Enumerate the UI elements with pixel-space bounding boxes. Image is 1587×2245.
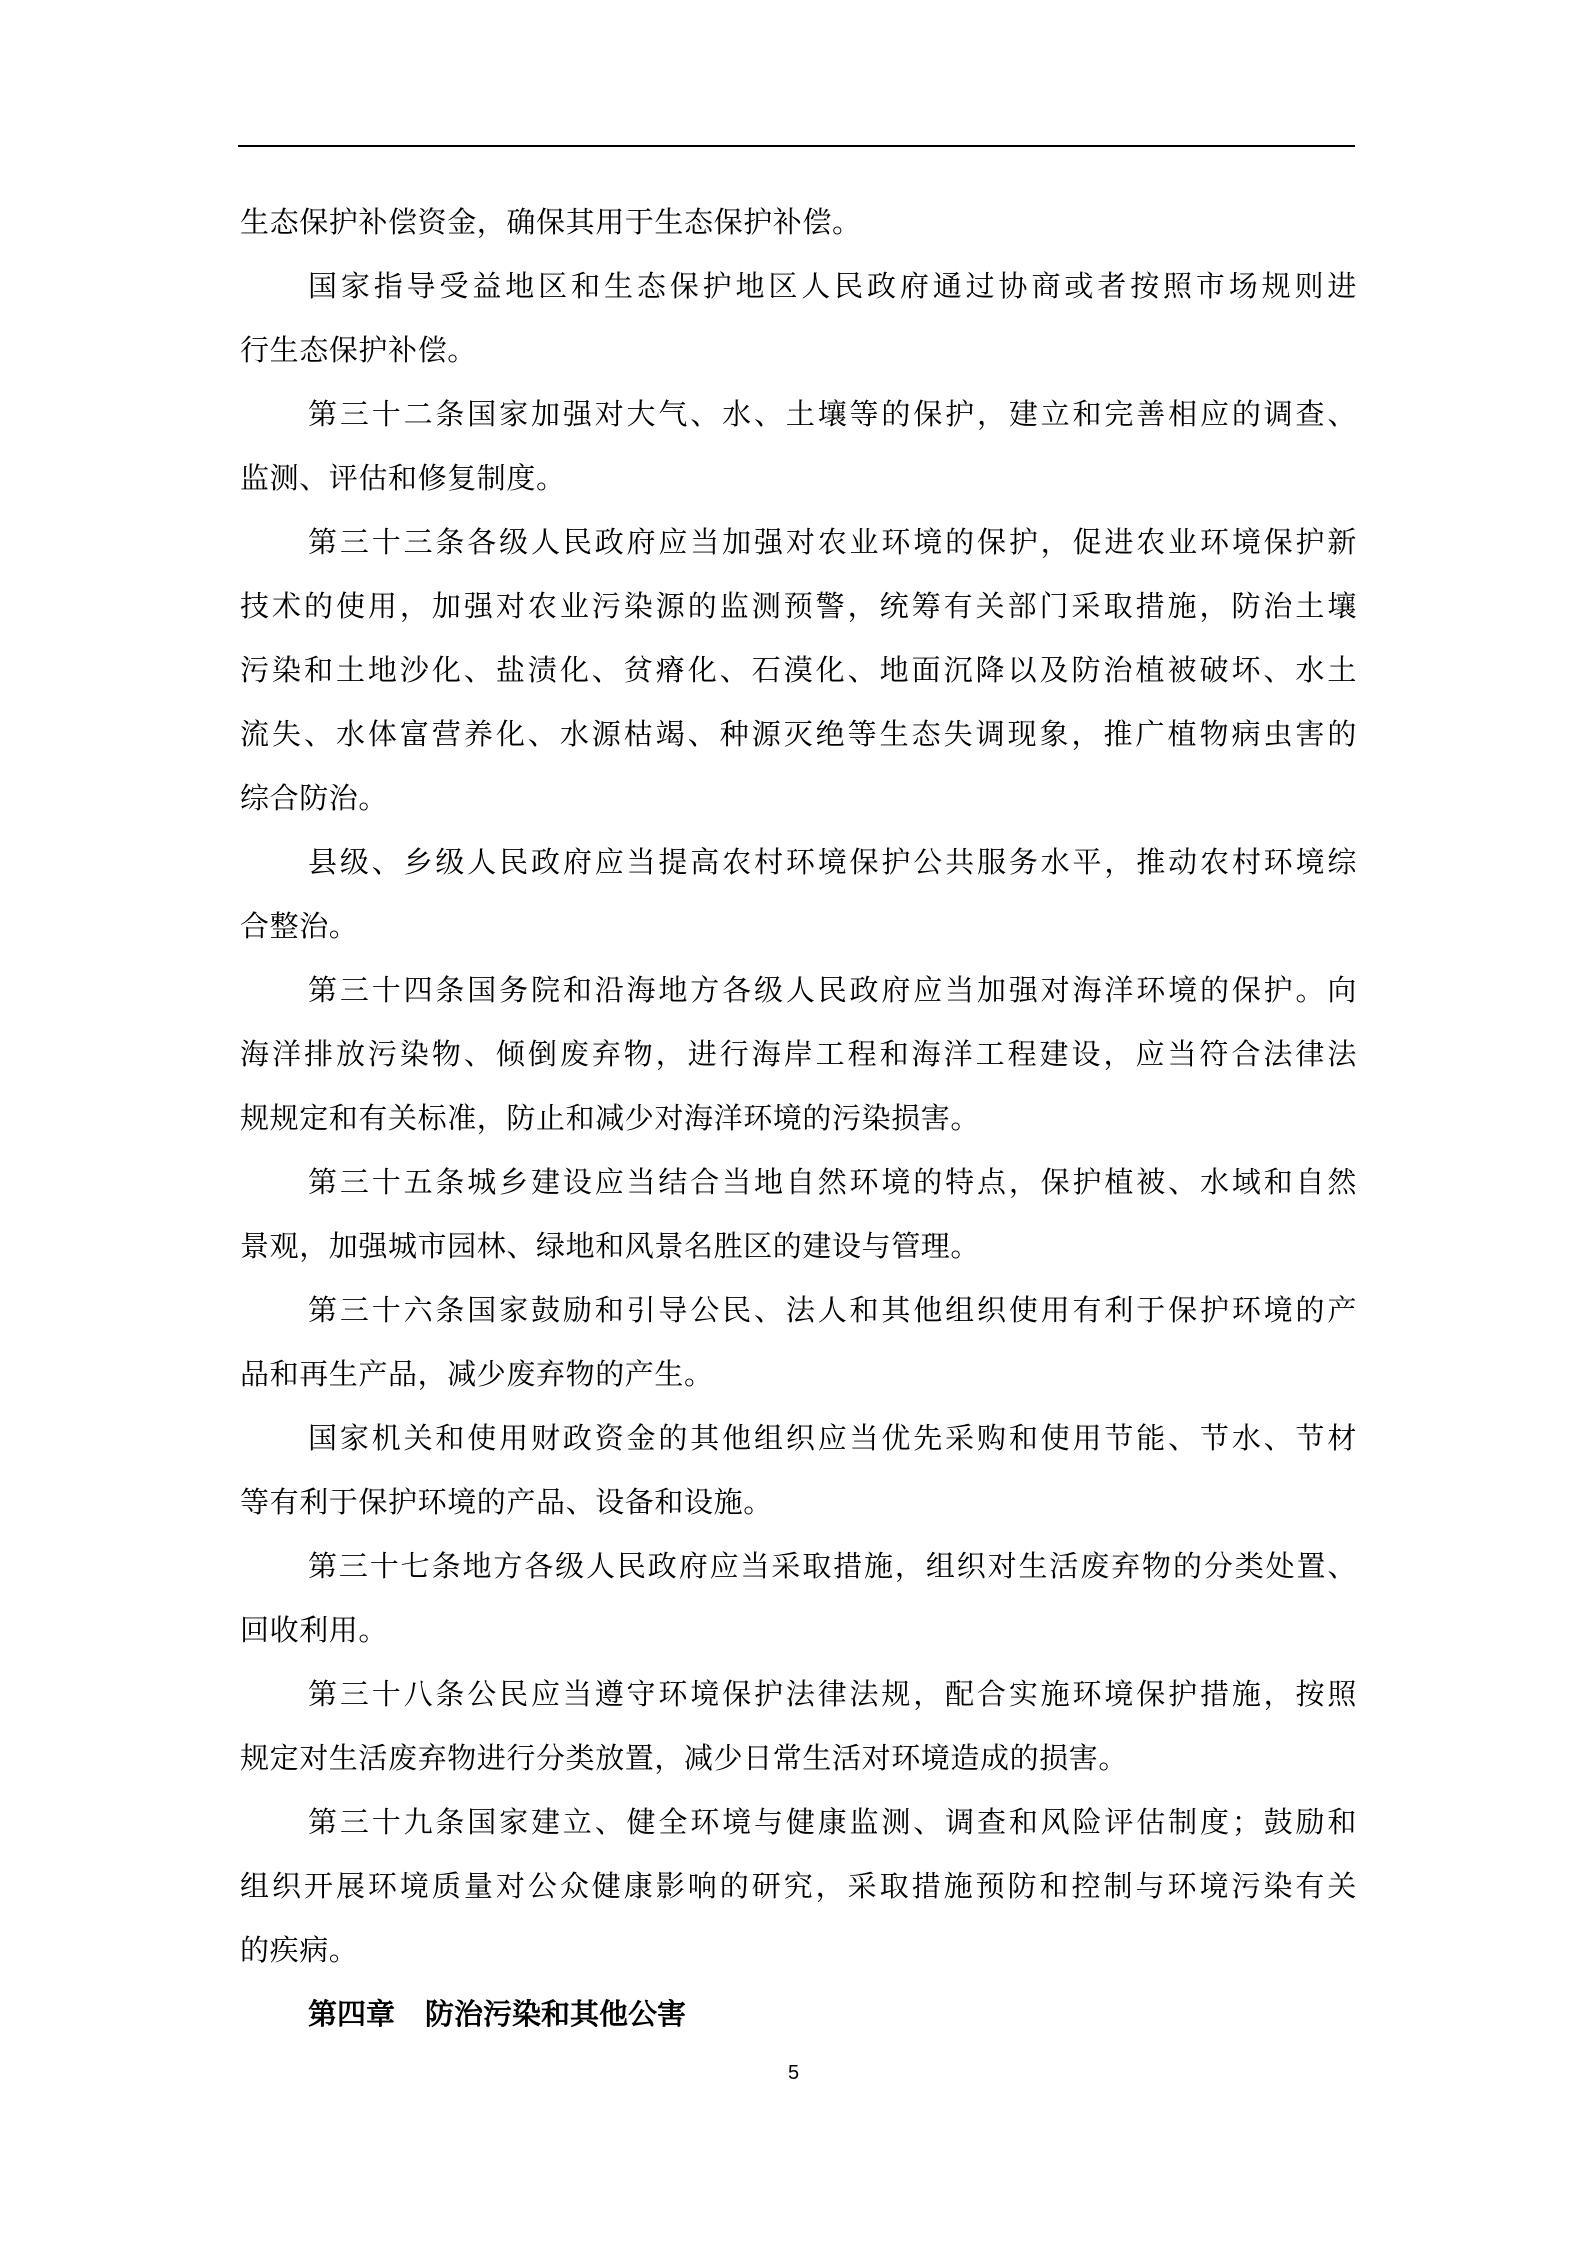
text-line: 规定对生活废弃物进行分类放置，减少日常生活对环境造成的损害。: [240, 1726, 1357, 1790]
text-line: 的疾病。: [240, 1918, 1357, 1982]
text-line: 第三十二条国家加强对大气、水、土壤等的保护，建立和完善相应的调查、: [240, 382, 1357, 446]
text-line: 监测、评估和修复制度。: [240, 446, 1357, 510]
article-32: 第三十二条国家加强对大气、水、土壤等的保护，建立和完善相应的调查、 监测、评估和…: [240, 382, 1357, 510]
text-line: 第三十三条各级人民政府应当加强对农业环境的保护，促进农业环境保护新: [240, 510, 1357, 574]
chapter-heading: 第四章防治污染和其他公害: [240, 1982, 1357, 2046]
paragraph: 县级、乡级人民政府应当提高农村环境保护公共服务水平，推动农村环境综 合整治。: [240, 830, 1357, 958]
text-line: 第三十八条公民应当遵守环境保护法律法规，配合实施环境保护措施，按照: [240, 1662, 1357, 1726]
article-33: 第三十三条各级人民政府应当加强对农业环境的保护，促进农业环境保护新 技术的使用，…: [240, 510, 1357, 830]
article-37: 第三十七条地方各级人民政府应当采取措施，组织对生活废弃物的分类处置、 回收利用。: [240, 1534, 1357, 1662]
text-line: 第三十五条城乡建设应当结合当地自然环境的特点，保护植被、水域和自然: [240, 1150, 1357, 1214]
paragraph: 国家机关和使用财政资金的其他组织应当优先采购和使用节能、节水、节材 等有利于保护…: [240, 1406, 1357, 1534]
text-line: 第三十四条国务院和沿海地方各级人民政府应当加强对海洋环境的保护。向: [240, 958, 1357, 1022]
paragraph-continuation: 生态保护补偿资金，确保其用于生态保护补偿。: [240, 190, 1357, 254]
header-rule: [238, 145, 1355, 147]
document-body: 生态保护补偿资金，确保其用于生态保护补偿。 国家指导受益地区和生态保护地区人民政…: [240, 190, 1357, 2046]
text-line: 品和再生产品，减少废弃物的产生。: [240, 1342, 1357, 1406]
article-36: 第三十六条国家鼓励和引导公民、法人和其他组织使用有利于保护环境的产 品和再生产品…: [240, 1278, 1357, 1406]
text-line: 回收利用。: [240, 1598, 1357, 1662]
page-number: 5: [0, 2062, 1587, 2085]
text-line: 组织开展环境质量对公众健康影响的研究，采取措施预防和控制与环境污染有关: [240, 1854, 1357, 1918]
text-line: 县级、乡级人民政府应当提高农村环境保护公共服务水平，推动农村环境综: [240, 830, 1357, 894]
text-line: 综合防治。: [240, 766, 1357, 830]
text-line: 第三十七条地方各级人民政府应当采取措施，组织对生活废弃物的分类处置、: [240, 1534, 1357, 1598]
text-line: 合整治。: [240, 894, 1357, 958]
text-line: 行生态保护补偿。: [240, 318, 1357, 382]
text-line: 污染和土地沙化、盐渍化、贫瘠化、石漠化、地面沉降以及防治植被破坏、水土: [240, 638, 1357, 702]
article-38: 第三十八条公民应当遵守环境保护法律法规，配合实施环境保护措施，按照 规定对生活废…: [240, 1662, 1357, 1790]
chapter-number: 第四章: [308, 1997, 395, 2031]
text-line: 景观，加强城市园林、绿地和风景名胜区的建设与管理。: [240, 1214, 1357, 1278]
article-35: 第三十五条城乡建设应当结合当地自然环境的特点，保护植被、水域和自然 景观，加强城…: [240, 1150, 1357, 1278]
text-line: 技术的使用，加强对农业污染源的监测预警，统筹有关部门采取措施，防治土壤: [240, 574, 1357, 638]
text-line: 第三十六条国家鼓励和引导公民、法人和其他组织使用有利于保护环境的产: [240, 1278, 1357, 1342]
article-39: 第三十九条国家建立、健全环境与健康监测、调查和风险评估制度；鼓励和 组织开展环境…: [240, 1790, 1357, 1982]
text-line: 规规定和有关标准，防止和减少对海洋环境的污染损害。: [240, 1086, 1357, 1150]
text-line: 海洋排放污染物、倾倒废弃物，进行海岸工程和海洋工程建设，应当符合法律法: [240, 1022, 1357, 1086]
article-34: 第三十四条国务院和沿海地方各级人民政府应当加强对海洋环境的保护。向 海洋排放污染…: [240, 958, 1357, 1150]
text-line: 第三十九条国家建立、健全环境与健康监测、调查和风险评估制度；鼓励和: [240, 1790, 1357, 1854]
text-line: 生态保护补偿资金，确保其用于生态保护补偿。: [240, 190, 1357, 254]
text-line: 等有利于保护环境的产品、设备和设施。: [240, 1470, 1357, 1534]
text-line: 国家指导受益地区和生态保护地区人民政府通过协商或者按照市场规则进: [240, 254, 1357, 318]
text-line: 国家机关和使用财政资金的其他组织应当优先采购和使用节能、节水、节材: [240, 1406, 1357, 1470]
text-line: 流失、水体富营养化、水源枯竭、种源灭绝等生态失调现象，推广植物病虫害的: [240, 702, 1357, 766]
chapter-title: 防治污染和其他公害: [425, 1997, 686, 2031]
paragraph: 国家指导受益地区和生态保护地区人民政府通过协商或者按照市场规则进 行生态保护补偿…: [240, 254, 1357, 382]
